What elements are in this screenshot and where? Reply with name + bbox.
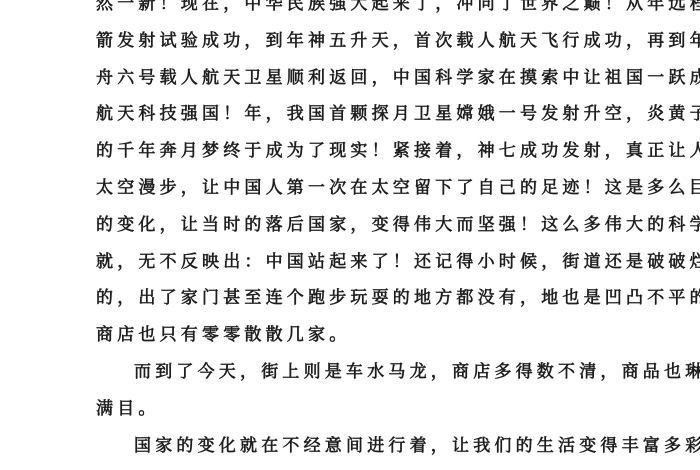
text-line: 商店也只有零零散散几家。 — [96, 317, 541, 354]
paragraph-3: 国家的变化就在不经意间进行着，让我们的生活变得丰富多彩了 — [96, 428, 541, 465]
document-page: 然一新！现在，中华民族强大起来了，冲向了世界之巅！从年远程火 箭发射试验成功，到… — [0, 0, 700, 470]
paragraph-2: 而到了今天，街上则是车水马龙，商店多得数不清，商品也琳琅 满目。 — [96, 354, 541, 428]
text-line: 太空漫步，让中国人第一次在太空留下了自己的足迹！这是多么巨大 — [96, 170, 541, 207]
text-line: 箭发射试验成功，到年神五升天，首次载人航天飞行成功，再到年神 — [96, 23, 541, 60]
text-line: 就，无不反映出：中国站起来了！还记得小时候，街道还是破破烂烂 — [96, 244, 541, 281]
text-line: 然一新！现在，中华民族强大起来了，冲向了世界之巅！从年远程火 — [96, 0, 541, 23]
text-line: 的千年奔月梦终于成为了现实！紧接着，神七成功发射，真正让人在 — [96, 133, 541, 170]
text-line: 的变化，让当时的落后国家，变得伟大而坚强！这么多伟大的科学成 — [96, 207, 541, 244]
text-line: 航天科技强国！年，我国首颗探月卫星嫦娥一号发射升空，炎黄子孙 — [96, 96, 541, 133]
paragraph-1: 然一新！现在，中华民族强大起来了，冲向了世界之巅！从年远程火 箭发射试验成功，到… — [96, 0, 541, 354]
text-line: 的，出了家门甚至连个跑步玩耍的地方都没有，地也是凹凸不平的， — [96, 280, 541, 317]
text-line: 满目。 — [96, 391, 541, 428]
text-line: 而到了今天，街上则是车水马龙，商店多得数不清，商品也琳琅 — [96, 354, 541, 391]
text-line: 国家的变化就在不经意间进行着，让我们的生活变得丰富多彩了 — [96, 428, 541, 465]
document-body: 然一新！现在，中华民族强大起来了，冲向了世界之巅！从年远程火 箭发射试验成功，到… — [96, 0, 541, 464]
text-line: 舟六号载人航天卫星顺利返回，中国科学家在摸索中让祖国一跃成为 — [96, 60, 541, 97]
